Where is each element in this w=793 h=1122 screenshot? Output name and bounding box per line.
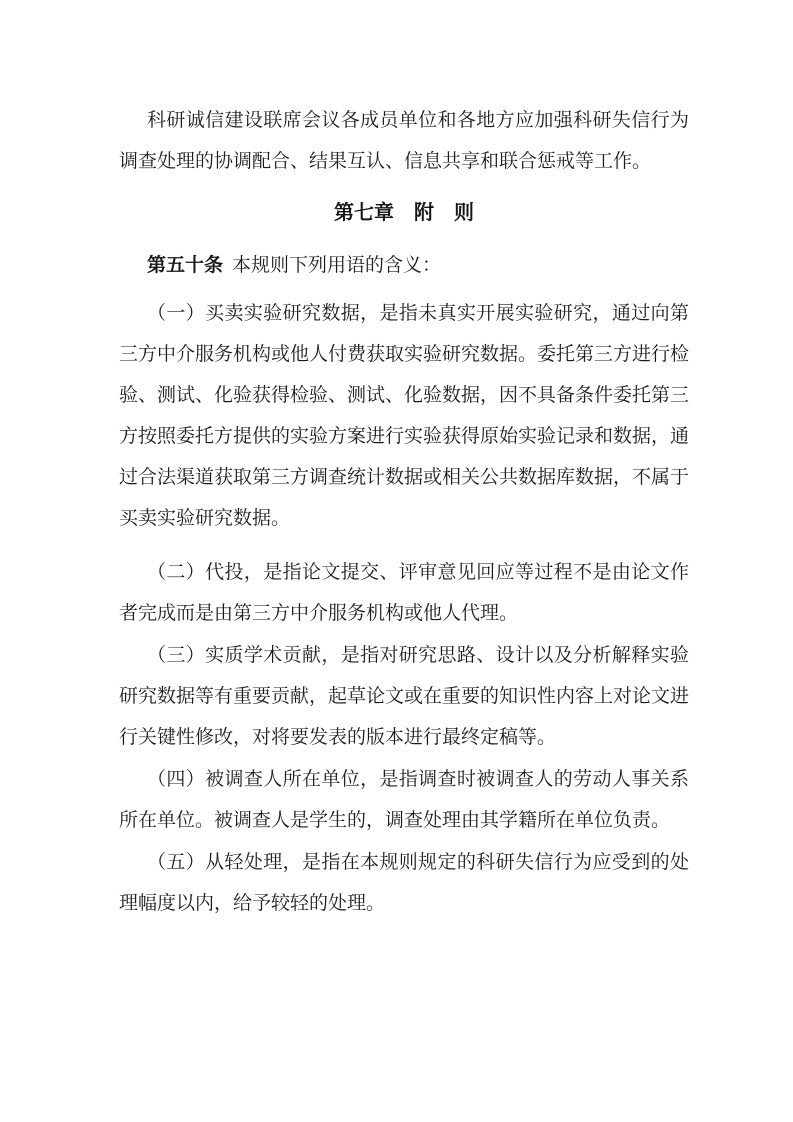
article-lead-text: 本规则下列用语的含义： — [232, 255, 441, 276]
article-number: 第五十条 — [147, 255, 223, 276]
definition-item-5: （五）从轻处理，是指在本规则规定的科研失信行为应受到的处理幅度以内，给予较轻的处… — [119, 842, 689, 924]
definition-item-4: （四）被调查人所在单位，是指调查时被调查人的劳动人事关系所在单位。被调查人是学生… — [119, 759, 689, 841]
article-lead-paragraph: 第五十条本规则下列用语的含义： — [119, 245, 689, 286]
definition-item-2: （二）代投，是指论文提交、评审意见回应等过程不是由论文作者完成而是由第三方中介服… — [119, 552, 689, 634]
document-body: 科研诚信建设联席会议各成员单位和各地方应加强科研失信行为调查处理的协调配合、结果… — [119, 100, 689, 925]
definition-item-1: （一）买卖实验研究数据，是指未真实开展实验研究，通过向第三方中介服务机构或他人付… — [119, 293, 689, 539]
document-page: 科研诚信建设联席会议各成员单位和各地方应加强科研失信行为调查处理的协调配合、结果… — [0, 0, 793, 1122]
intro-paragraph: 科研诚信建设联席会议各成员单位和各地方应加强科研失信行为调查处理的协调配合、结果… — [119, 100, 689, 182]
definition-item-3: （三）实质学术贡献，是指对研究思路、设计以及分析解释实验研究数据等有重要贡献，起… — [119, 635, 689, 758]
chapter-heading: 第七章 附 则 — [119, 193, 689, 234]
